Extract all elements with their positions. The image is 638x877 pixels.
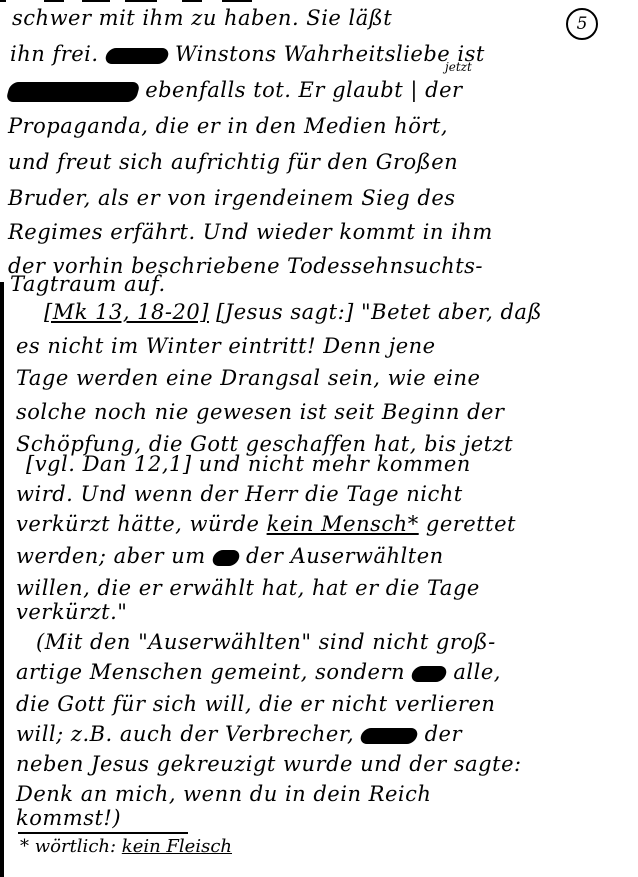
text-fragment: verkürzt hätte, würde <box>16 512 259 536</box>
top-dash <box>44 0 64 2</box>
text-line: ebenfalls tot. Er glaubt | der <box>8 78 463 102</box>
top-dash <box>82 0 110 2</box>
text-fragment: gerettet <box>426 512 516 536</box>
text-line: wird. Und wenn der Herr die Tage nicht <box>16 482 463 506</box>
text-line: kommst!) <box>16 806 121 830</box>
text-line: Denk an mich, wenn du in dein Reich <box>16 782 431 806</box>
text-line: Tagtraum auf. <box>10 272 166 296</box>
strikeout-scribble <box>5 82 140 102</box>
text-fragment: Winstons Wahrheitsliebe ist <box>175 42 485 66</box>
text-fragment: ihn frei. <box>10 42 99 66</box>
text-line: verkürzt." <box>16 600 127 624</box>
text-fragment: artige Menschen gemeint, sondern <box>16 660 405 684</box>
text-line: artige Menschen gemeint, sondern alle, <box>16 660 501 684</box>
top-dash <box>182 0 202 2</box>
bible-reference: [Mk 13, 18-20] <box>44 300 209 324</box>
text-line: und freut sich aufrichtig für den Großen <box>8 150 458 174</box>
top-dash <box>222 0 252 2</box>
text-fragment: [Jesus sagt:] "Betet aber, daß <box>216 300 542 324</box>
underlined-phrase: kein Mensch* <box>267 512 419 536</box>
footnote: * wörtlich: kein Fleisch <box>20 836 232 857</box>
text-line: neben Jesus gekreuzigt wurde und der sag… <box>16 752 522 776</box>
text-line: [Mk 13, 18-20] [Jesus sagt:] "Betet aber… <box>44 300 542 324</box>
text-fragment: der Auserwählten <box>246 544 444 568</box>
text-line: Tage werden eine Drangsal sein, wie eine <box>16 366 480 390</box>
text-line: die Gott für sich will, die er nicht ver… <box>16 692 495 716</box>
text-line: Propaganda, die er in den Medien hört, <box>8 114 448 138</box>
text-line: schwer mit ihm zu haben. Sie läßt <box>12 6 392 30</box>
footnote-marker: * wörtlich: <box>20 836 116 857</box>
text-fragment: alle, <box>453 660 501 684</box>
text-fragment: der <box>425 78 462 102</box>
manuscript-page: 5 schwer mit ihm zu haben. Sie läßt ihn … <box>0 0 638 877</box>
strikeout-scribble <box>359 728 419 744</box>
strikeout-scribble <box>410 666 448 682</box>
top-dash <box>125 0 157 2</box>
text-fragment: will; z.B. auch der Verbrecher, <box>16 722 354 746</box>
text-line: will; z.B. auch der Verbrecher, der <box>16 722 462 746</box>
text-fragment: werden; aber um <box>16 544 206 568</box>
insertion-mark: jetzt <box>445 60 472 74</box>
text-fragment: ebenfalls tot. Er glaubt <box>145 78 403 102</box>
strikeout-scribble <box>211 550 241 566</box>
text-line: werden; aber um der Auserwählten <box>16 544 444 568</box>
text-line: verkürzt hätte, würde kein Mensch* geret… <box>16 512 516 536</box>
top-dash <box>0 0 6 2</box>
text-line: Bruder, als er von irgendeinem Sieg des <box>8 186 456 210</box>
scan-edge <box>0 282 4 877</box>
footnote-rule <box>18 832 188 834</box>
strikeout-scribble <box>104 48 170 64</box>
page-number: 5 <box>566 8 598 40</box>
text-fragment: der <box>425 722 462 746</box>
text-line: solche noch nie gewesen ist seit Beginn … <box>16 400 504 424</box>
text-line: (Mit den "Auserwählten" sind nicht groß- <box>36 630 496 654</box>
text-line: willen, die er erwählt hat, hat er die T… <box>16 576 480 600</box>
text-line: es nicht im Winter eintritt! Denn jene <box>16 334 436 358</box>
text-line: Regimes erfährt. Und wieder kommt in ihm <box>8 220 493 244</box>
text-line: [vgl. Dan 12,1] und nicht mehr kommen <box>26 452 471 476</box>
text-line: ihn frei. Winstons Wahrheitsliebe ist <box>10 42 485 66</box>
footnote-text: kein Fleisch <box>122 836 232 857</box>
